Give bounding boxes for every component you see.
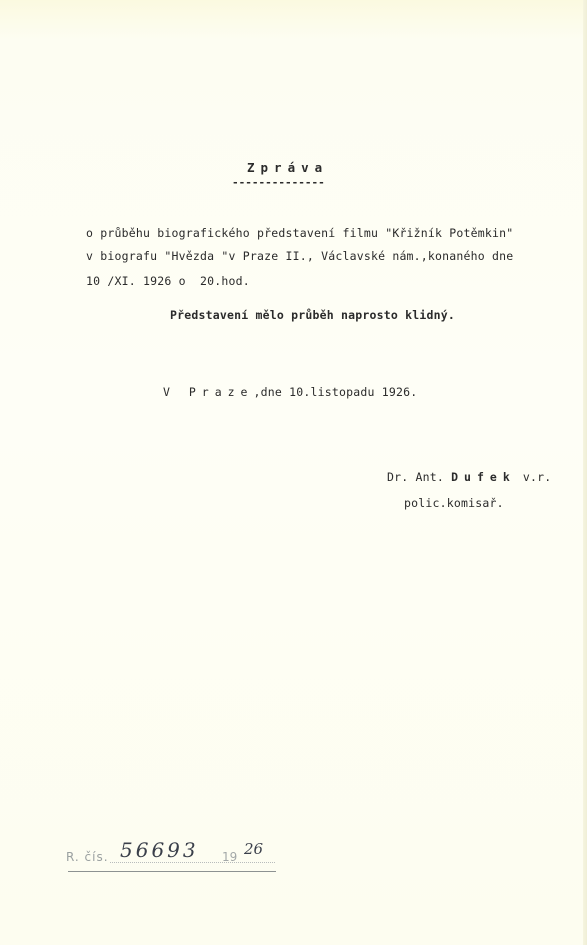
paper-edge bbox=[583, 0, 587, 945]
stamp-rule bbox=[68, 871, 276, 872]
statement-line: Představení mělo průběh naprosto klidný. bbox=[170, 308, 455, 322]
title-underline: -------------- bbox=[232, 176, 325, 189]
stamp-year-suffix: 26 bbox=[244, 840, 263, 858]
stamp-year-prefix: 19 bbox=[222, 850, 237, 864]
stamp-dotted-line bbox=[110, 862, 275, 863]
document-title: Zpráva bbox=[247, 160, 328, 175]
stamp-label: R. čís. bbox=[66, 850, 109, 864]
signature-surname: Dufek bbox=[451, 470, 516, 484]
date-text: ,dne 10.listopadu 1926. bbox=[253, 385, 417, 399]
signature-name: Dr. Ant. Dufek v.r. bbox=[387, 470, 551, 484]
place-name: V Praze bbox=[163, 385, 253, 399]
signature-suffix: v.r. bbox=[516, 470, 552, 484]
place-date-line: V Praze,dne 10.listopadu 1926. bbox=[163, 385, 417, 399]
registry-stamp: R. čís. 56693 19 26 bbox=[64, 838, 274, 878]
signature-prefix: Dr. Ant. bbox=[387, 470, 451, 484]
body-line-3: 10 /XI. 1926 o 20.hod. bbox=[86, 274, 250, 288]
signature-title: polic.komisař. bbox=[404, 496, 504, 510]
body-line-1: o průběhu biografického představení film… bbox=[86, 226, 513, 240]
body-line-2: v biografu "Hvězda "v Praze II., Václavs… bbox=[86, 249, 513, 263]
stamp-handwritten-number: 56693 bbox=[120, 838, 199, 862]
